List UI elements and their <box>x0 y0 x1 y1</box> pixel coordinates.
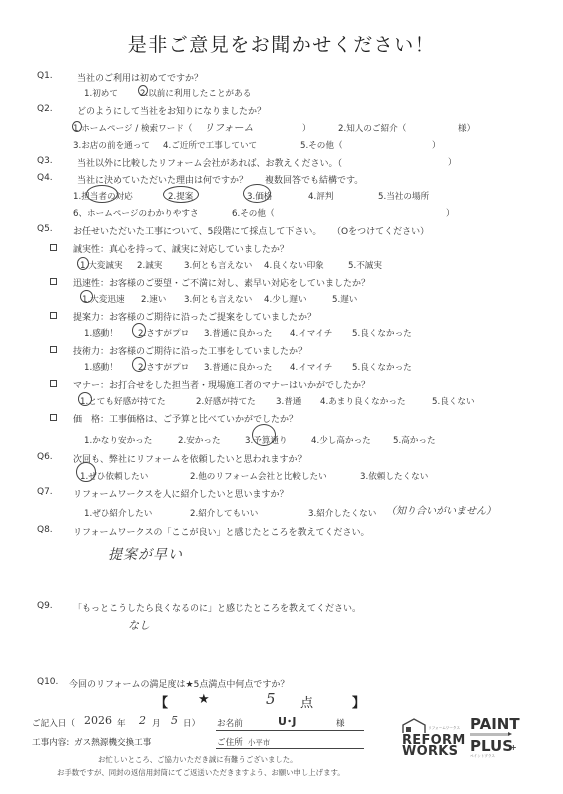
q3-close-paren: ） <box>448 156 457 168</box>
q5-item-2-selection-circle <box>80 290 93 303</box>
q9-answer-handwritten[interactable]: なし <box>128 617 150 633</box>
q2-close-paren-2: ） <box>432 139 441 151</box>
q9-text: 「もっとこうしたら良くなるのに」と感じたところを教えてください。 <box>73 601 361 614</box>
q6-option-2[interactable]: 2.他のリフォーム会社と比較したい <box>190 470 327 482</box>
q10-bracket-open: 【 <box>155 692 168 711</box>
q10-score-handwritten[interactable]: 5 <box>266 690 276 708</box>
q2-option-1[interactable]: 1.ホームページ / 検索ワード（ <box>73 122 193 134</box>
q5-item-3-selection-circle <box>132 323 146 338</box>
q8-number: Q8. <box>37 525 53 535</box>
q5-item-5-option-3[interactable]: 3.普通 <box>276 395 301 407</box>
name-suffix: 様 <box>336 717 345 729</box>
page-title: 是非ご意見をお聞かせください！ <box>0 30 563 57</box>
q2-search-word-handwritten: リフォーム <box>204 119 254 134</box>
q5-item-1-option-3[interactable]: 3.何とも言えない <box>184 259 252 271</box>
q5-item-6-selection-circle <box>252 424 276 446</box>
q2-option-4[interactable]: 4.ご近所で工事していて <box>163 139 257 151</box>
reform-works-logo: リフォームワークス REFORM WORKS <box>402 718 462 760</box>
q2-option-5[interactable]: 5.その他（ <box>300 139 343 151</box>
q2-text: どのようにして当社をお知りになりましたか？ <box>77 104 266 117</box>
q5-item-3-label: 提案力：お客様のご期待に沿ったご提案をしていましたか？ <box>73 310 316 323</box>
q5-item-5-checkbox[interactable] <box>50 380 57 387</box>
q5-number: Q5. <box>37 224 53 234</box>
q7-option-3[interactable]: 3.紹介したくない <box>308 507 376 519</box>
q6-text: 次回も、弊社にリフォームを依頼したいと思われますか？ <box>73 452 307 465</box>
q2-option-2[interactable]: 2.知人のご紹介（ <box>338 122 406 134</box>
q4-option-6[interactable]: 6、ホームページのわかりやすさ <box>73 207 199 219</box>
q7-text: リフォームワークスを人に紹介したいと思いますか？ <box>73 487 288 500</box>
reform-works-kana: リフォームワークス <box>428 726 460 731</box>
q5-item-1-selection-circle <box>77 257 89 270</box>
thanks-line-2: お手数ですが、同封の返信用封筒にてご返送いただきますよう、お願い申し上げます。 <box>57 767 345 778</box>
address-underline <box>216 748 364 749</box>
q5-item-3-checkbox[interactable] <box>50 312 57 319</box>
date-day[interactable]: 5 <box>171 714 178 727</box>
q2-option-2-suffix: 様） <box>458 122 475 134</box>
paint-plus-logo: PAINT PLUS + ペイントプラス <box>470 717 530 761</box>
q5-item-4-label: 技術力：お客様のご期待に沿った工事をしていましたか？ <box>73 344 307 357</box>
q3-number: Q3. <box>37 156 53 166</box>
q5-item-5-option-2[interactable]: 2.好感が持てた <box>196 395 256 407</box>
q5-item-5-option-4[interactable]: 4.あまり良くなかった <box>320 395 406 407</box>
q1-option-1[interactable]: 1.初めて <box>84 87 118 99</box>
q5-item-5-selection-circle <box>78 392 92 406</box>
date-year-unit: 年 <box>117 717 126 729</box>
q5-note: （Oをつけてください） <box>332 224 429 237</box>
q5-item-6-option-4[interactable]: 4.少し高かった <box>311 434 371 446</box>
q5-item-6-option-1[interactable]: 1.かなり安かった <box>84 434 152 446</box>
address-label: ご住所 <box>217 736 243 748</box>
q4-option-4[interactable]: 4.評判 <box>308 190 333 202</box>
q2-selection-circle <box>72 121 82 132</box>
q1-option-2[interactable]: 2.以前に利用したことがある <box>140 87 251 99</box>
q2-option-3[interactable]: 3.お店の前を通って <box>73 139 150 151</box>
q1-selection-circle <box>138 85 148 96</box>
q4-number: Q4. <box>37 173 53 183</box>
q5-item-6-checkbox[interactable] <box>50 414 57 421</box>
q2-number: Q2. <box>37 104 53 114</box>
name-label: お名前 <box>217 717 243 729</box>
q5-item-4-option-3[interactable]: 3.普通に良かった <box>204 361 272 373</box>
q4-option-other[interactable]: 6.その他（ <box>232 207 275 219</box>
q9-number: Q9. <box>37 601 53 611</box>
date-day-unit: 日） <box>183 717 200 729</box>
date-label: ご記入日（ <box>32 717 75 729</box>
q4-selection-circle-3 <box>243 184 271 203</box>
q5-text: お任せいただいた工事について、5段階にて採点して下さい。 <box>73 224 321 237</box>
q8-text: リフォームワークスの「ここが良い」と感じたところを教えてください。 <box>73 525 369 538</box>
q5-item-1-option-2[interactable]: 2.誠実 <box>137 259 162 271</box>
q5-item-2-checkbox[interactable] <box>50 278 57 285</box>
q5-item-3-option-5[interactable]: 5.良くなかった <box>352 327 412 339</box>
q5-item-3-option-1[interactable]: 1.感動！ <box>84 327 118 339</box>
date-year[interactable]: 2026 <box>84 714 112 727</box>
q1-text: 当社のご利用は初めてですか？ <box>77 71 203 84</box>
q5-item-2-label: 迅速性：お客様のご要望・ご不満に対し、素早い対応をしていましたか？ <box>73 276 370 289</box>
q5-item-2-option-3[interactable]: 3.何とも言えない <box>184 293 252 305</box>
star-icon: ★ <box>198 692 210 707</box>
date-month[interactable]: 2 <box>139 714 146 727</box>
name-underline <box>216 730 364 731</box>
q6-number: Q6. <box>37 452 53 462</box>
q5-item-5-option-5[interactable]: 5.良くない <box>432 395 475 407</box>
q8-answer-handwritten[interactable]: 提案が早い <box>108 544 183 564</box>
paint-plus-text-1: PAINT <box>470 717 520 731</box>
q5-item-1-checkbox[interactable] <box>50 244 57 251</box>
q5-item-4-option-1[interactable]: 1.感動！ <box>84 361 118 373</box>
q2-close-paren-1: ） <box>302 122 311 134</box>
q5-item-3-option-3[interactable]: 3.普通に良かった <box>204 327 272 339</box>
thanks-line-1: お忙しいところ、ご協力いただき誠に有難うございました。 <box>98 754 298 765</box>
q5-item-4-selection-circle <box>132 357 146 372</box>
q5-item-5-option-1[interactable]: 1.とても好感が持てた <box>80 395 166 407</box>
date-month-unit: 月 <box>152 717 161 729</box>
paint-plus-kana: ペイントプラス <box>470 754 495 759</box>
work-value: ガス熱源機交換工事 <box>74 736 151 748</box>
q5-item-5-label: マナー：お打合せをした担当者・現場施工者のマナーはいかがでしたか？ <box>73 378 370 391</box>
q10-number: Q10. <box>37 677 58 687</box>
arrow-icon <box>508 732 512 736</box>
work-label: 工事内容: <box>32 736 69 748</box>
q4-option-5[interactable]: 5.当社の場所 <box>378 190 429 202</box>
q5-item-4-checkbox[interactable] <box>50 346 57 353</box>
q5-item-4-option-4[interactable]: 4.イマイチ <box>290 361 332 373</box>
q7-option-1[interactable]: 1.ぜひ紹介したい <box>84 507 152 519</box>
reform-works-text-2: WORKS <box>402 746 458 757</box>
q4-note: 複数回答でも結構です。 <box>265 173 363 186</box>
paint-plus-text-2: PLUS <box>470 739 513 753</box>
name-value[interactable]: U･J <box>278 713 297 729</box>
q4-selection-circle-2 <box>163 186 199 203</box>
q5-item-1-option-5[interactable]: 5.不誠実 <box>348 259 382 271</box>
q6-option-3[interactable]: 3.依頼したくない <box>360 470 428 482</box>
address-value[interactable]: 小平市 <box>248 737 270 748</box>
q5-item-2-option-4[interactable]: 4.少し遅い <box>264 293 307 305</box>
q6-selection-circle <box>76 462 96 482</box>
q3-text: 当社以外に比較したリフォーム会社があれば、お教えください。（ <box>77 156 342 169</box>
q5-item-2-option-5[interactable]: 5.遅い <box>332 293 357 305</box>
q7-handwritten-note: （知り合いがいません） <box>386 502 496 517</box>
q7-number: Q7. <box>37 487 53 497</box>
q5-item-6-option-5[interactable]: 5.高かった <box>393 434 436 446</box>
q5-item-3-option-4[interactable]: 4.イマイチ <box>290 327 332 339</box>
plus-icon: + <box>510 743 517 752</box>
q5-item-1-label: 誠実性：真心を持って、誠実に対応していましたか？ <box>73 242 289 255</box>
q4-close-paren: ） <box>446 207 455 219</box>
q10-unit: 点 <box>300 692 313 711</box>
q10-text: 今回のリフォームの満足度は★5点満点中何点ですか？ <box>69 677 289 690</box>
house-icon <box>402 718 430 734</box>
q10-bracket-close: 】 <box>352 692 365 711</box>
q5-item-4-option-5[interactable]: 5.良くなかった <box>352 361 412 373</box>
q1-number: Q1. <box>37 71 53 81</box>
q7-option-2[interactable]: 2.紹介してもいい <box>190 507 258 519</box>
q4-selection-circle-1 <box>86 185 118 203</box>
q5-item-2-option-2[interactable]: 2.速い <box>141 293 166 305</box>
q5-item-6-option-2[interactable]: 2.安かった <box>178 434 221 446</box>
q5-item-1-option-4[interactable]: 4.良くない印象 <box>264 259 324 271</box>
paint-plus-bar <box>470 733 508 736</box>
